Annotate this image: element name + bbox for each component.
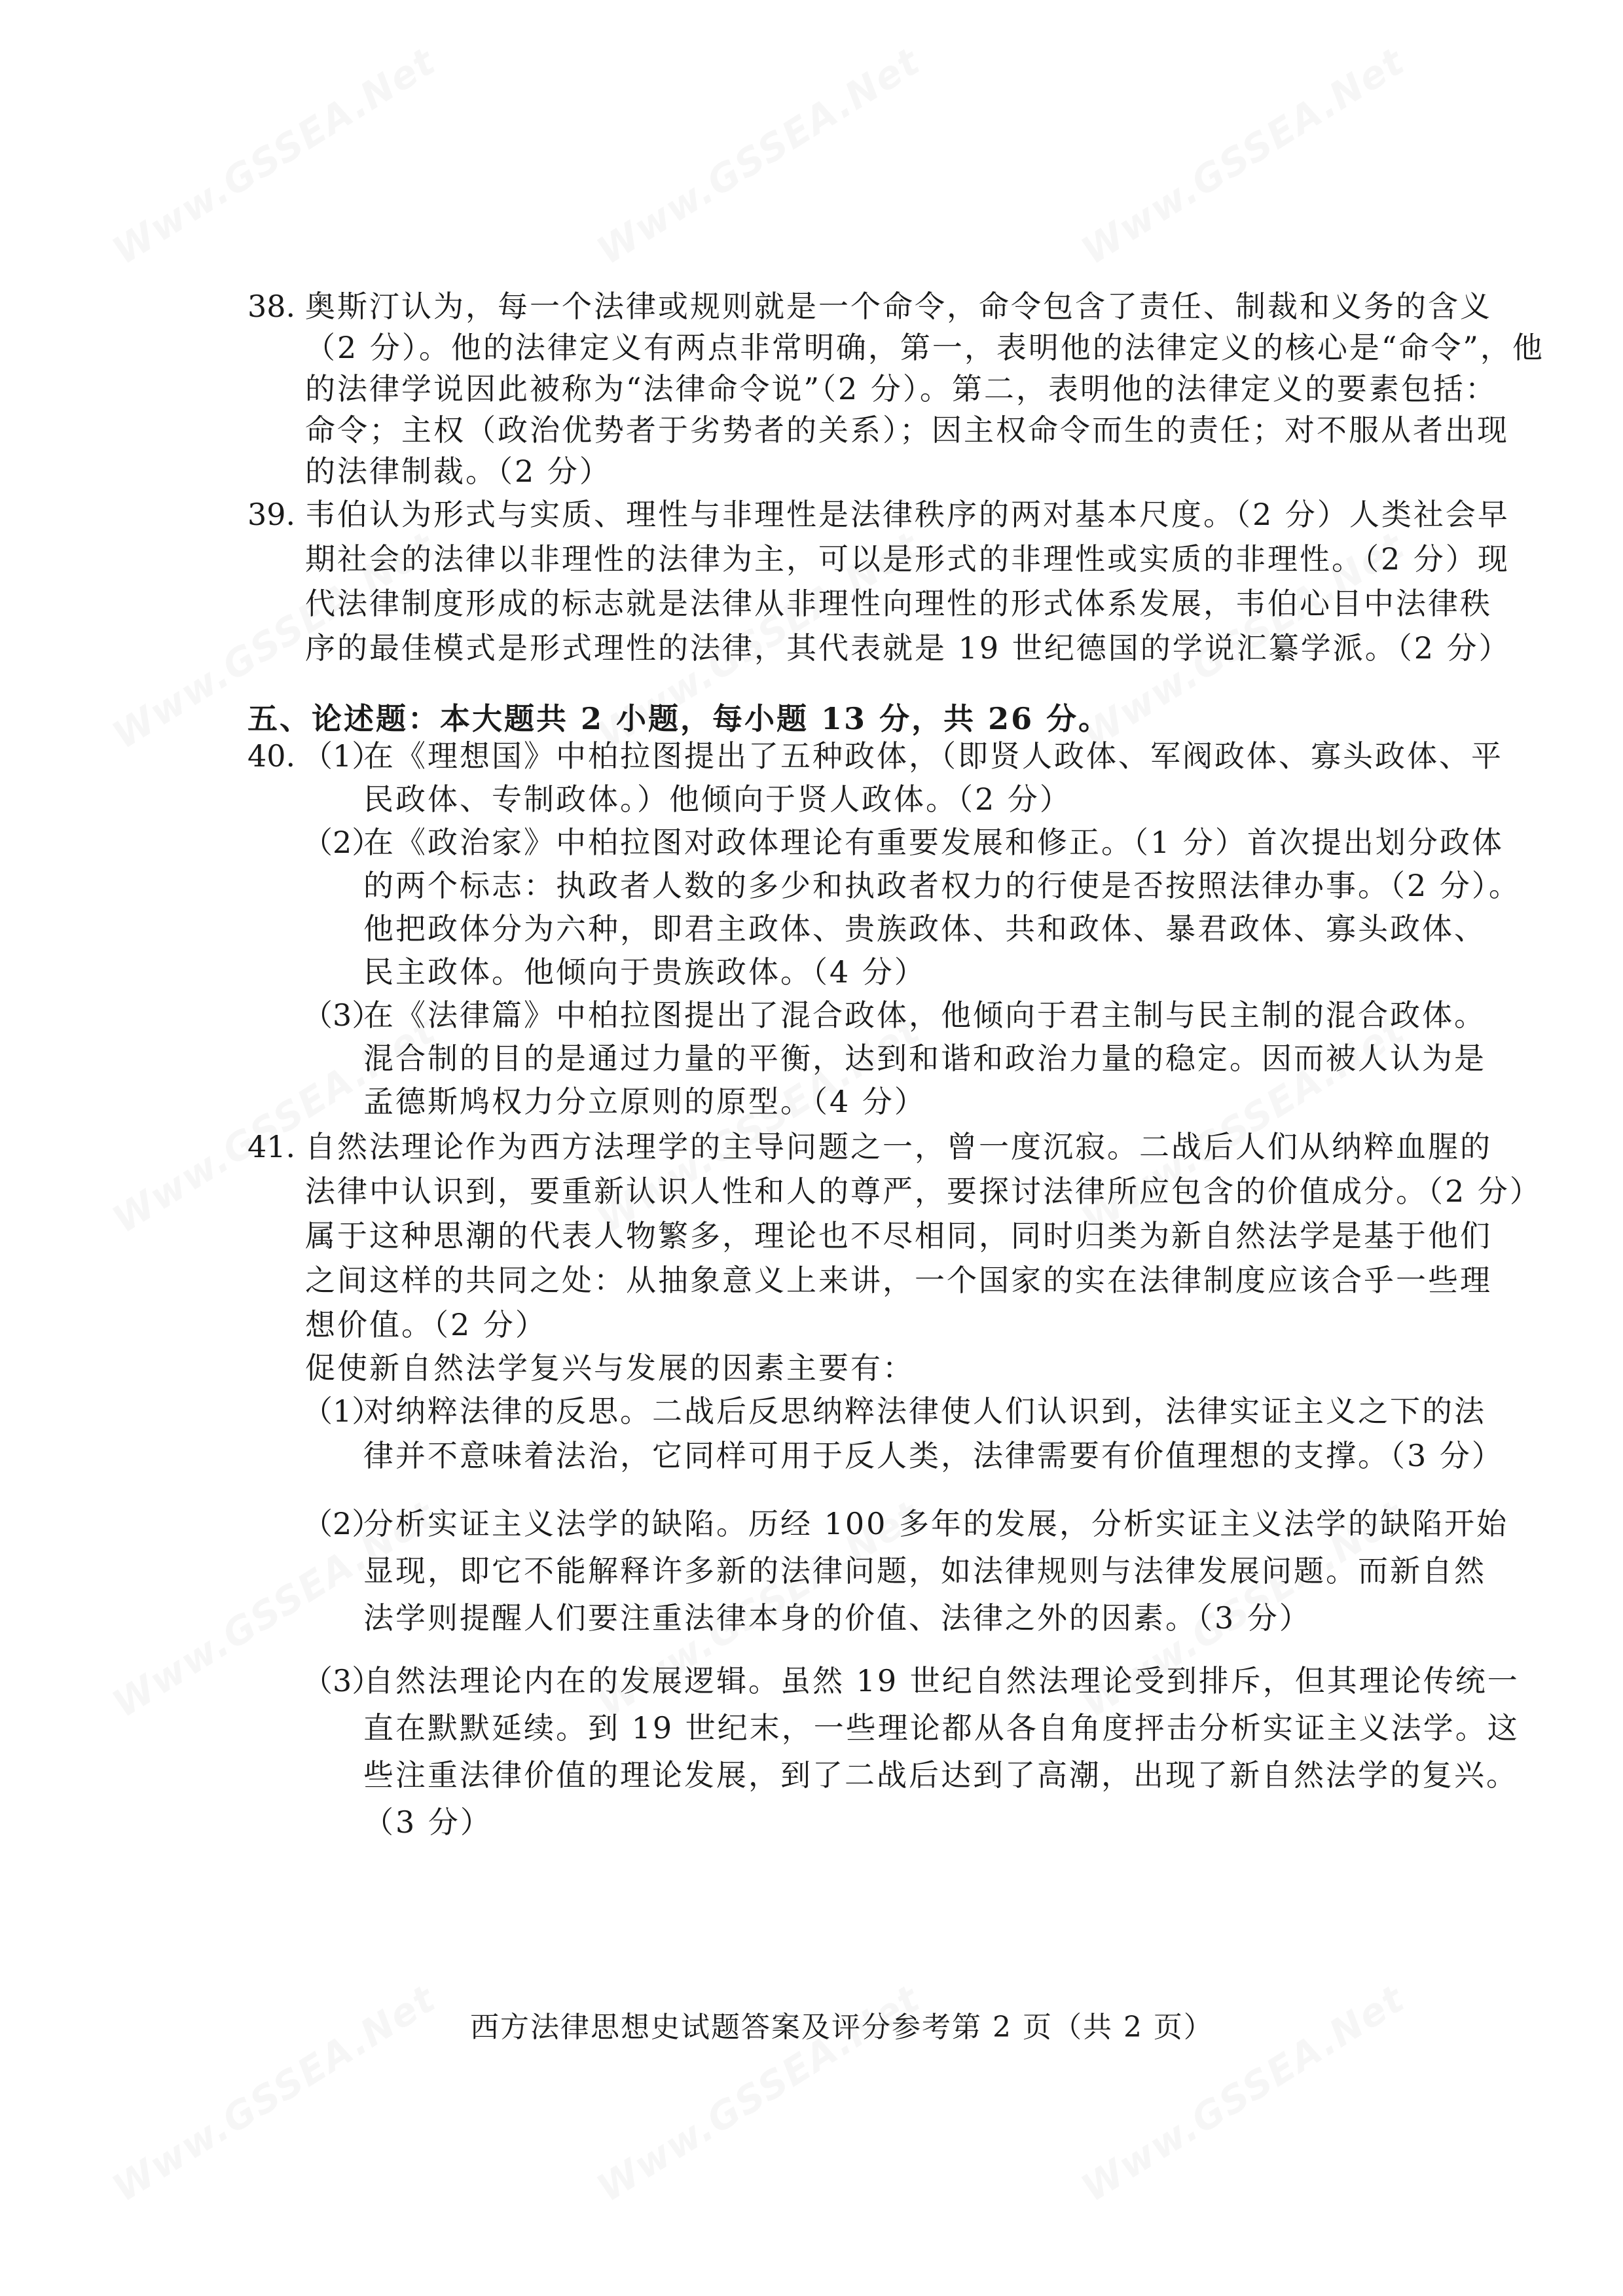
answer-line: 在《法律篇》中柏拉图提出了混合政体，他倾向于君主制与民主制的混合政体。 [363, 997, 1486, 1033]
answer-line: 自然法理论内在的发展逻辑。虽然 19 世纪自然法理论受到排斥，但其理论传统一 [363, 1662, 1520, 1699]
answer-line: 代法律制度形成的标志就是法律从非理性向理性的形式体系发展，韦伯心目中法律秩 [305, 585, 1492, 622]
answer-line: 混合制的目的是通过力量的平衡，达到和谐和政治力量的稳定。因而被人认为是 [363, 1040, 1486, 1077]
answer-line: 法学则提醒人们要注重法律本身的价值、法律之外的因素。（3 分） [363, 1600, 1311, 1636]
answer-line: 分析实证主义法学的缺陷。历经 100 多年的发展，分析实证主义法学的缺陷开始 [363, 1505, 1508, 1542]
answer-line: 在《政治家》中柏拉图对政体理论有重要发展和修正。（1 分）首次提出划分政体 [363, 824, 1504, 861]
question-number: 39. [247, 496, 295, 533]
answer-line: 的两个标志：执政者人数的多少和执政者权力的行使是否按照法律办事。（2 分）。 [363, 867, 1521, 904]
answer-line: 奥斯汀认为，每一个法律或规则就是一个命令，命令包含了责任、制裁和义务的含义 [305, 288, 1492, 325]
answer-line: 他把政体分为六种，即君主政体、贵族政体、共和政体、暴君政体、寡头政体、 [363, 910, 1486, 947]
answer-line: 想价值。（2 分） [305, 1306, 547, 1343]
section-heading: 五、论述题：本大题共 2 小题，每小题 13 分，共 26 分。 [247, 700, 1110, 737]
answer-line: 些注重法律价值的理论发展，到了二战后达到了高潮，出现了新自然法学的复兴。 [363, 1757, 1518, 1793]
answer-line: 民主政体。他倾向于贵族政体。（4 分） [363, 954, 926, 990]
question-number: 40. [247, 738, 295, 774]
answer-line: 民政体、专制政体。）他倾向于贤人政体。（2 分） [363, 781, 1072, 817]
answer-line: 对纳粹法律的反思。二战后反思纳粹法律使人们认识到，法律实证主义之下的法 [363, 1393, 1486, 1429]
answer-line: 期社会的法律以非理性的法律为主，可以是形式的非理性或实质的非理性。（2 分）现 [305, 541, 1510, 577]
answer-line: 律并不意味着法治，它同样可用于反人类，法律需要有价值理想的支撑。（3 分） [363, 1437, 1504, 1474]
answer-line: 命令；主权（政治优势者于劣势者的关系）；因主权命令而生的责任；对不服从者出现 [305, 412, 1509, 448]
answer-line: （2 分）。他的法律定义有两点非常明确，第一，表明他的法律定义的核心是“命令”，… [305, 329, 1544, 366]
answer-line: 韦伯认为形式与实质、理性与非理性是法律秩序的两对基本尺度。（2 分）人类社会早 [305, 496, 1510, 533]
answer-line: （3 分） [363, 1804, 492, 1840]
answer-line: 直在默默延续。到 19 世纪末，一些理论都从各自角度抨击分析实证主义法学。这 [363, 1710, 1520, 1746]
answer-line: 促使新自然法学复兴与发展的因素主要有： [305, 1350, 915, 1386]
answer-line: 自然法理论作为西方法理学的主导问题之一，曾一度沉寂。二战后人们从纳粹血腥的 [305, 1128, 1492, 1165]
answer-line: 显现，即它不能解释许多新的法律问题，如法律规则与法律发展问题。而新自然 [363, 1552, 1486, 1589]
answer-line: 孟德斯鸠权力分立原则的原型。（4 分） [363, 1083, 926, 1120]
page-footer: 西方法律思想史试题答案及评分参考第 2 页（共 2 页） [470, 2009, 1214, 2046]
answer-key-page: 38. 奥斯汀认为，每一个法律或规则就是一个命令，命令包含了责任、制裁和义务的含… [0, 0, 1623, 2296]
answer-line: 法律中认识到，要重新认识人性和人的尊严，要探讨法律所应包含的价值成分。（2 分） [305, 1173, 1542, 1210]
question-number: 41. [247, 1128, 295, 1165]
answer-line: 序的最佳模式是形式理性的法律，其代表就是 19 世纪德国的学说汇纂学派。（2 分… [305, 630, 1511, 666]
answer-line: 在《理想国》中柏拉图提出了五种政体，（即贤人政体、军阀政体、寡头政体、平 [363, 738, 1503, 774]
answer-line: 属于这种思潮的代表人物繁多，理论也不尽相同，同时归类为新自然法学是基于他们 [305, 1217, 1492, 1254]
answer-line: 的法律制裁。（2 分） [305, 453, 611, 490]
question-number: 38. [247, 288, 295, 325]
answer-line: 之间这样的共同之处：从抽象意义上来讲，一个国家的实在法律制度应该合乎一些理 [305, 1262, 1492, 1299]
answer-line: 的法律学说因此被称为“法律命令说”（2 分）。第二，表明他的法律定义的要素包括： [305, 370, 1497, 407]
